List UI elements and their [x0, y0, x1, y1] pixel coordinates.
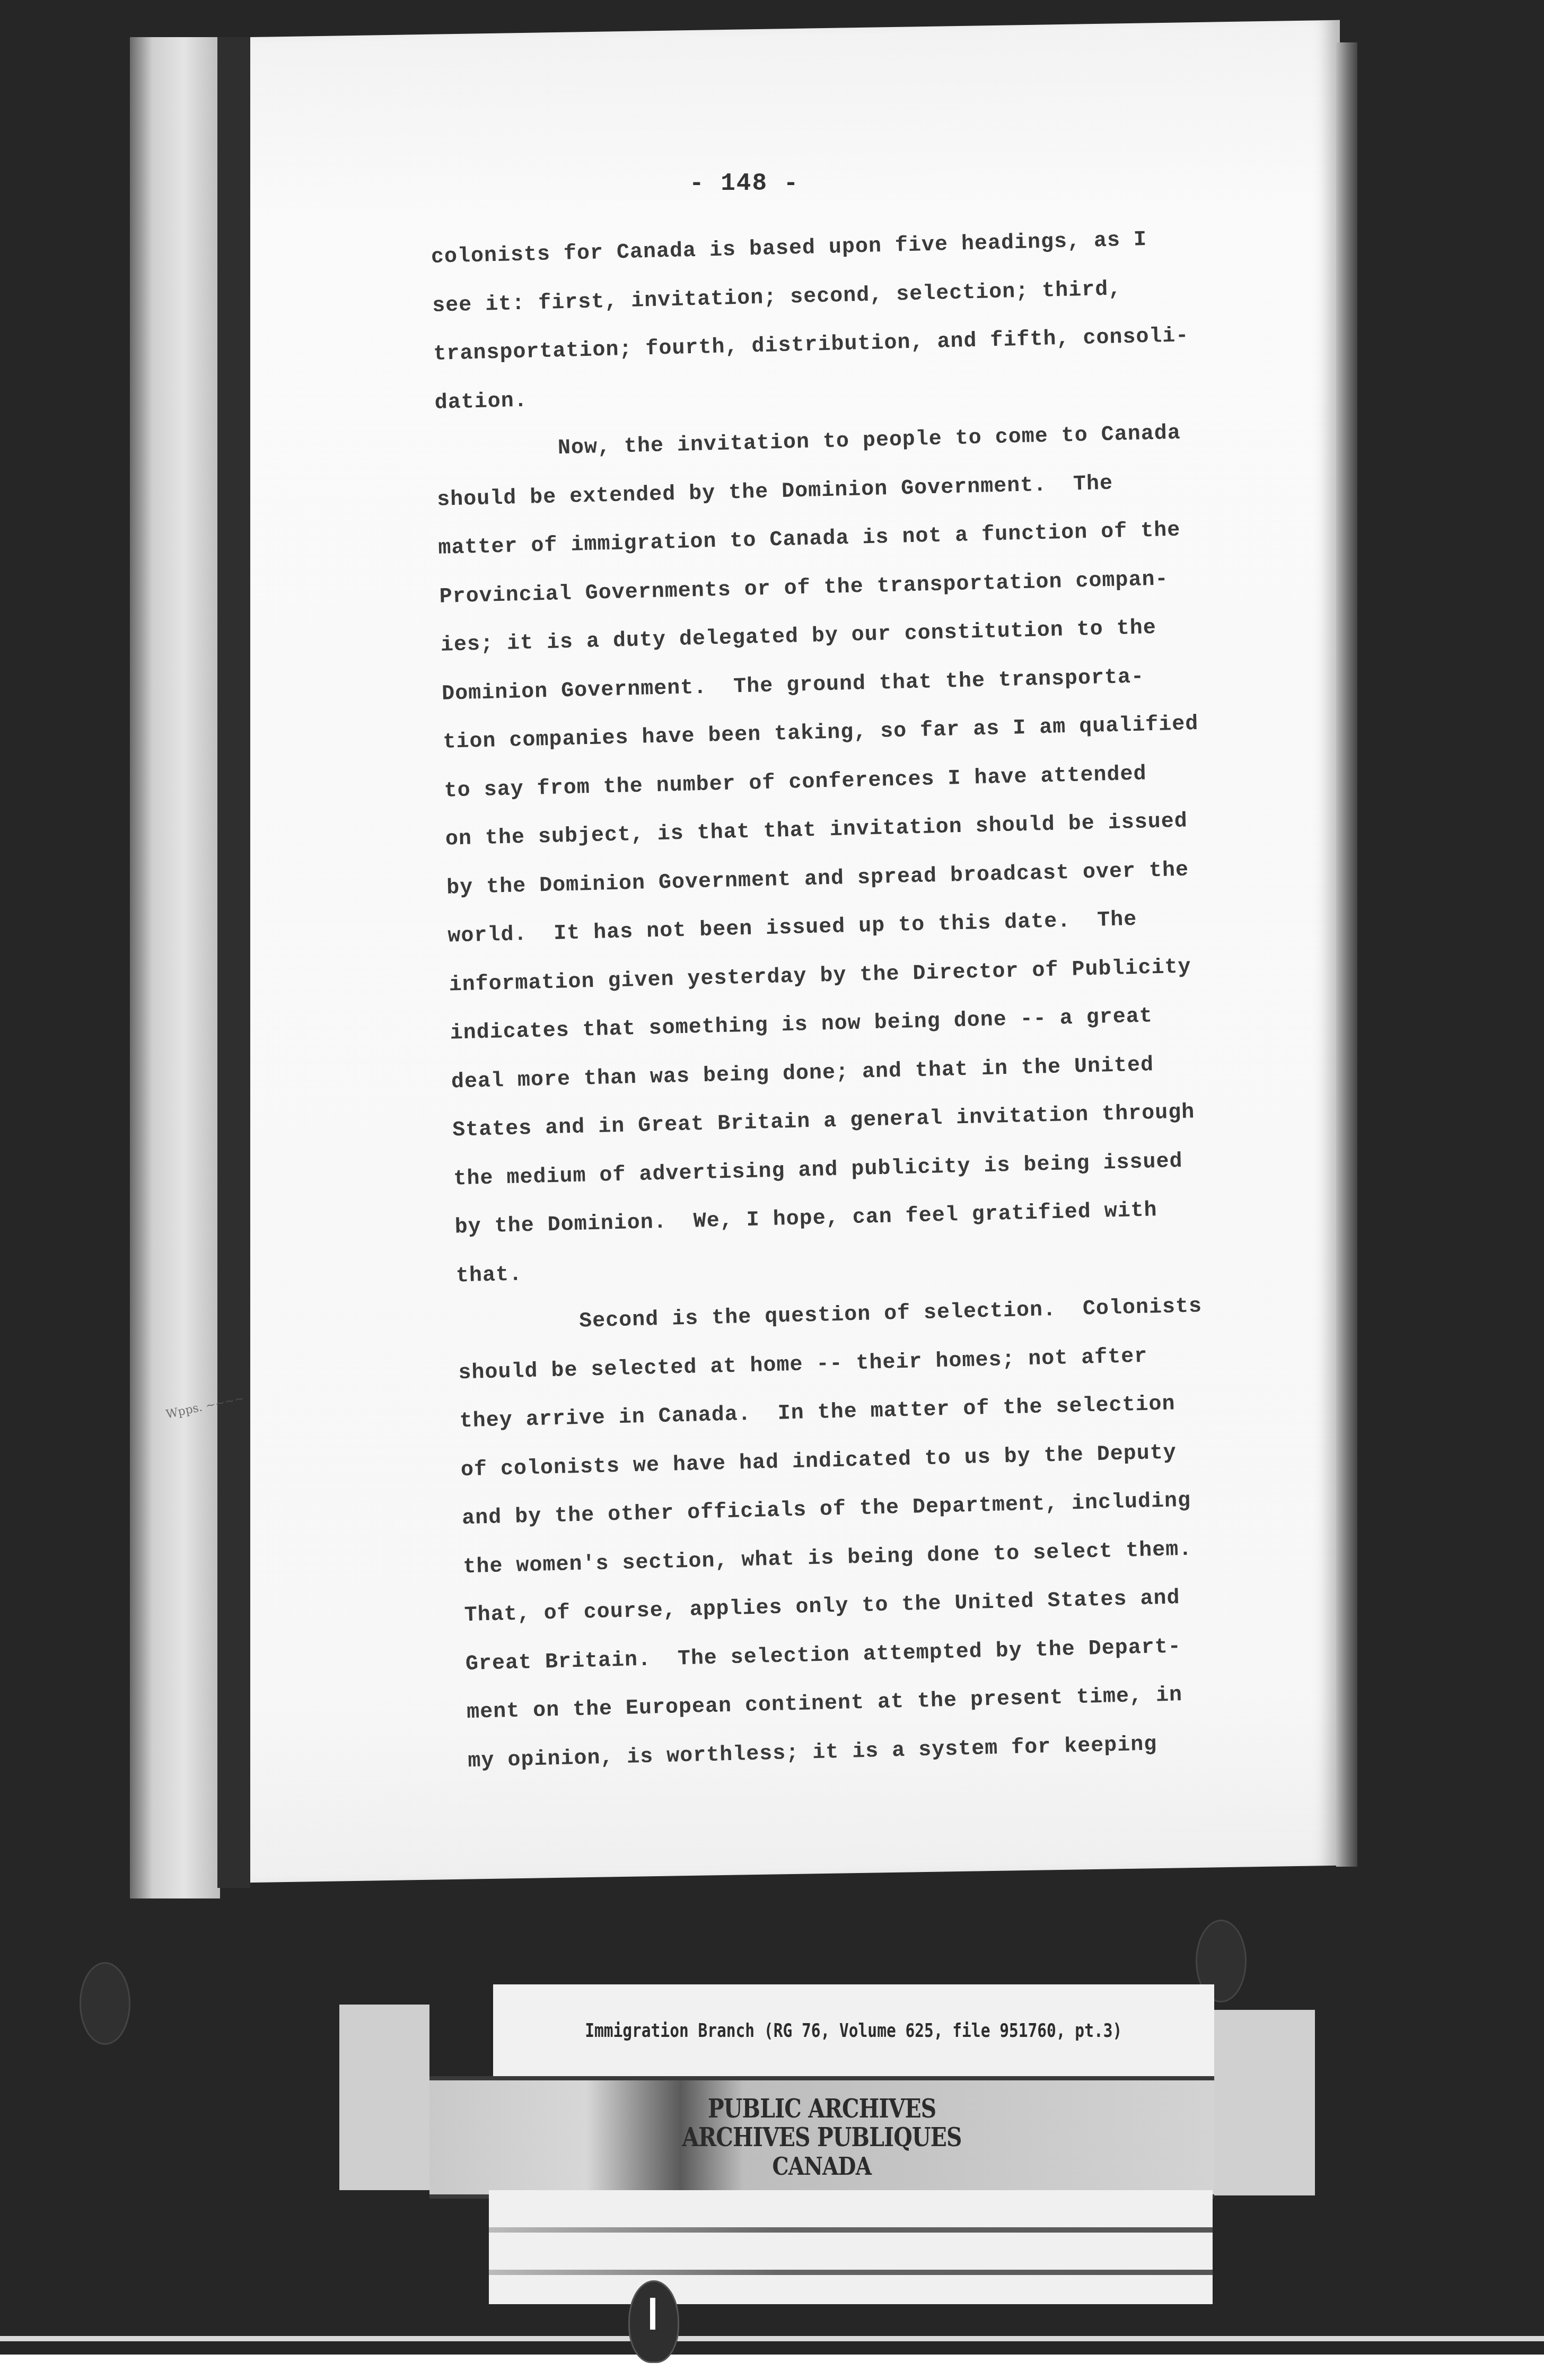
film-edge-line	[0, 2336, 1544, 2341]
typewritten-body: colonists for Canada is based upon five …	[431, 212, 1338, 1786]
film-margin	[0, 2355, 1544, 2380]
page-right-edge	[1336, 42, 1357, 1867]
page-number: - 148 -	[689, 170, 799, 197]
stamp-line-1: PUBLIC ARCHIVES	[708, 2095, 936, 2123]
public-archives-stamp: PUBLIC ARCHIVES ARCHIVES PUBLIQUES CANAD…	[429, 2076, 1214, 2199]
film-sprocket-left	[80, 1962, 130, 2045]
film-scratch	[489, 2227, 1213, 2233]
label-backing-right	[1214, 2010, 1315, 2195]
binding-shadow	[217, 37, 250, 1888]
stamp-line-3: CANADA	[773, 2152, 872, 2181]
film-scratch	[489, 2270, 1213, 2275]
film-punch-mark	[628, 2280, 679, 2363]
previous-page-edge	[130, 37, 220, 1898]
stamp-line-2: ARCHIVES PUBLIQUES	[682, 2123, 962, 2152]
archive-reference-label: Immigration Branch (RG 76, Volume 625, f…	[493, 1984, 1214, 2077]
archive-reference-text: Immigration Branch (RG 76, Volume 625, f…	[585, 2020, 1122, 2042]
label-backing-left	[339, 2005, 429, 2190]
lower-target-card	[489, 2190, 1213, 2304]
